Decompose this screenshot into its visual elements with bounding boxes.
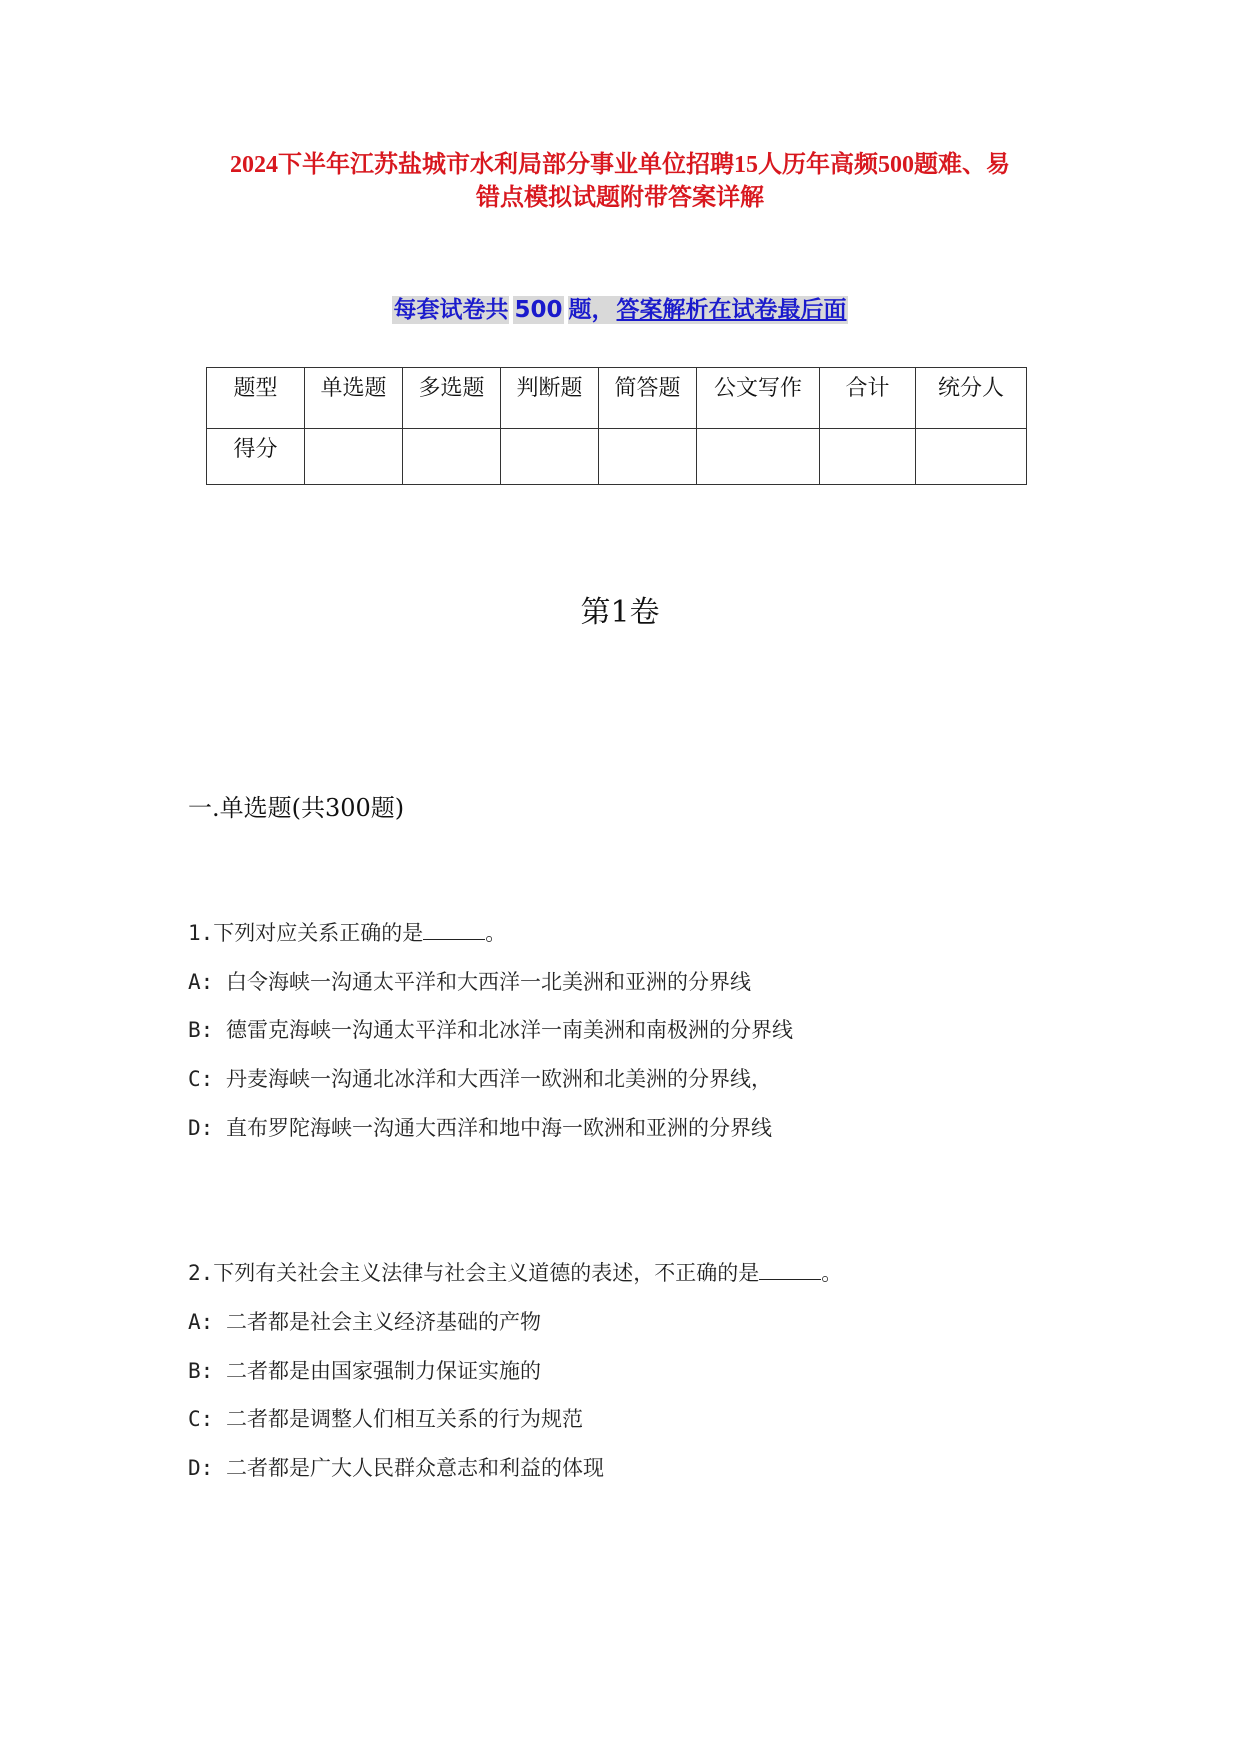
question-2-option-b: B: 二者都是由国家强制力保证实施的 [188, 1357, 541, 1385]
option-label: D: [188, 1116, 213, 1140]
option-text: 德雷克海峡一沟通太平洋和北冰洋一南美洲和南极洲的分界线 [226, 1018, 793, 1042]
question-number: 1. [188, 921, 213, 945]
score-cell [599, 429, 697, 485]
header-cell-multi-choice: 多选题 [403, 368, 501, 429]
option-text: 二者都是广大人民群众意志和利益的体现 [226, 1456, 604, 1480]
question-end-punct: 。 [821, 1261, 842, 1285]
option-text: 丹麦海峡一沟通北冰洋和大西洋一欧洲和北美洲的分界线， [226, 1067, 772, 1091]
question-number: 2. [188, 1261, 213, 1285]
header-cell-true-false: 判断题 [501, 368, 599, 429]
question-end-punct: 。 [485, 921, 506, 945]
question-1-option-a: A: 白令海峡一沟通太平洋和大西洋一北美洲和亚洲的分界线 [188, 968, 751, 996]
header-cell-single-choice: 单选题 [305, 368, 403, 429]
option-text: 白令海峡一沟通太平洋和大西洋一北美洲和亚洲的分界线 [226, 970, 751, 994]
header-cell-total: 合计 [820, 368, 916, 429]
option-label: B: [188, 1018, 213, 1042]
question-1-option-c: C: 丹麦海峡一沟通北冰洋和大西洋一欧洲和北美洲的分界线， [188, 1065, 772, 1093]
score-cell [820, 429, 916, 485]
option-label: C: [188, 1067, 213, 1091]
subtitle-count: 500 [513, 296, 563, 324]
option-label: A: [188, 970, 213, 994]
option-label: A: [188, 1310, 213, 1334]
score-table-score-row: 得分 [207, 429, 1027, 485]
option-label: D: [188, 1456, 213, 1480]
option-label: B: [188, 1359, 213, 1383]
question-text: 下列对应关系正确的是 [213, 921, 423, 945]
option-text: 二者都是调整人们相互关系的行为规范 [226, 1407, 583, 1431]
score-cell [305, 429, 403, 485]
option-label: C: [188, 1407, 213, 1431]
option-text: 直布罗陀海峡一沟通大西洋和地中海一欧洲和亚洲的分界线 [226, 1116, 772, 1140]
subtitle: 每套试卷共500题，答案解析在试卷最后面 [0, 293, 1240, 327]
answer-blank [759, 1261, 821, 1280]
score-cell [403, 429, 501, 485]
title-line-1: 2024下半年江苏盐城市水利局部分事业单位招聘15人历年高频500题难、易 [0, 149, 1240, 182]
section-heading: 一.单选题(共300题) [188, 790, 404, 826]
title-line-2: 错点模拟试题附带答案详解 [0, 182, 1240, 215]
document-title: 2024下半年江苏盐城市水利局部分事业单位招聘15人历年高频500题难、易 错点… [0, 149, 1240, 215]
header-cell-type: 题型 [207, 368, 305, 429]
option-text: 二者都是社会主义经济基础的产物 [226, 1310, 541, 1334]
question-2-option-c: C: 二者都是调整人们相互关系的行为规范 [188, 1405, 583, 1433]
question-text: 下列有关社会主义法律与社会主义道德的表述，不正确的是 [213, 1261, 759, 1285]
question-1-option-b: B: 德雷克海峡一沟通太平洋和北冰洋一南美洲和南极洲的分界线 [188, 1016, 793, 1044]
row-label-score: 得分 [207, 429, 305, 485]
subtitle-part2: 题， [568, 296, 616, 324]
volume-heading: 第1卷 [0, 594, 1240, 632]
score-cell [916, 429, 1027, 485]
question-2-option-d: D: 二者都是广大人民群众意志和利益的体现 [188, 1454, 604, 1482]
question-2-option-a: A: 二者都是社会主义经济基础的产物 [188, 1308, 541, 1336]
header-cell-official-writing: 公文写作 [697, 368, 820, 429]
header-cell-short-answer: 简答题 [599, 368, 697, 429]
answer-location-link[interactable]: 答案解析在试卷最后面 [616, 296, 848, 324]
score-table: 题型 单选题 多选题 判断题 简答题 公文写作 合计 统分人 得分 [206, 367, 1027, 485]
score-cell [501, 429, 599, 485]
answer-blank [423, 921, 485, 940]
question-1-stem: 1.下列对应关系正确的是。 [188, 919, 506, 947]
question-2-stem: 2.下列有关社会主义法律与社会主义道德的表述，不正确的是。 [188, 1259, 842, 1287]
score-table-header-row: 题型 单选题 多选题 判断题 简答题 公文写作 合计 统分人 [207, 368, 1027, 429]
header-cell-scorer: 统分人 [916, 368, 1027, 429]
option-text: 二者都是由国家强制力保证实施的 [226, 1359, 541, 1383]
question-1-option-d: D: 直布罗陀海峡一沟通大西洋和地中海一欧洲和亚洲的分界线 [188, 1114, 772, 1142]
score-cell [697, 429, 820, 485]
subtitle-part1: 每套试卷共 [392, 296, 509, 324]
